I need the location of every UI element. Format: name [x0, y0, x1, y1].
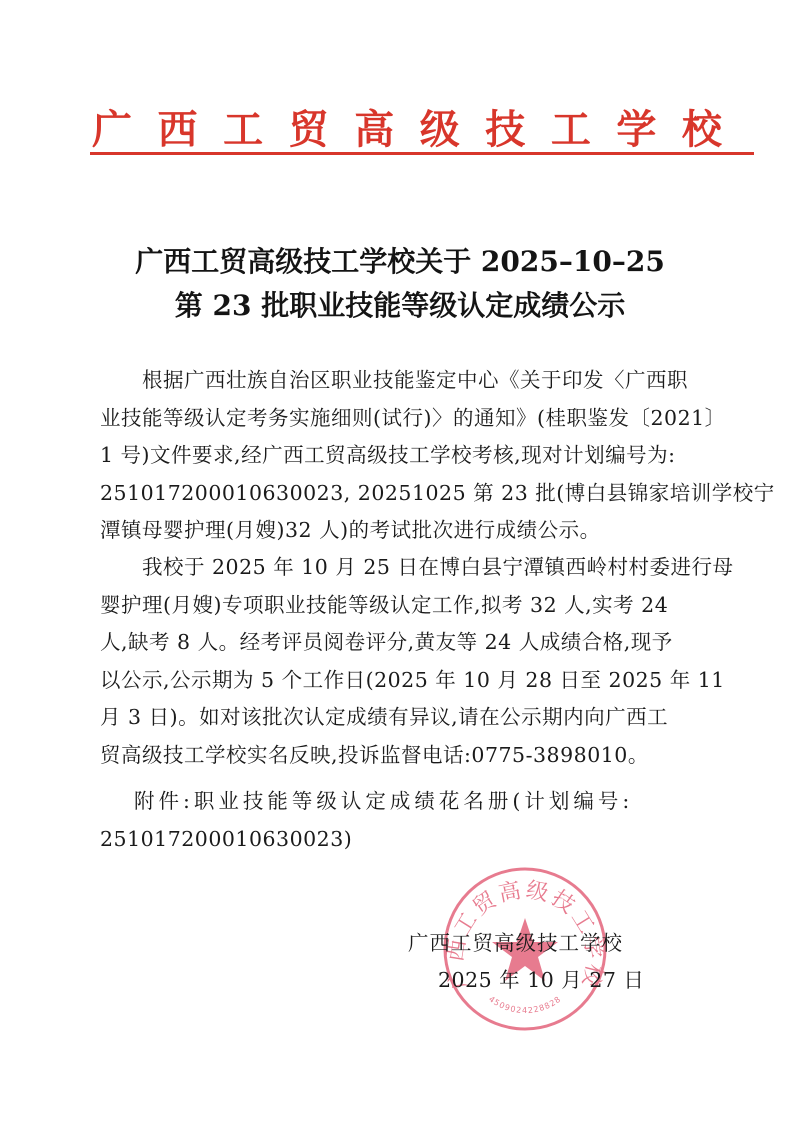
- body-paragraph-1: 根据广西壮族自治区职业技能鉴定中心《关于印发〈广西职 业技能等级认定考务实施细则…: [100, 362, 712, 550]
- seal-serial-number: 4509024228828: [487, 994, 563, 1015]
- text-line: 贸高级技工学校实名反映,投诉监督电话:0775-3898010。: [100, 737, 712, 775]
- svg-text:4509024228828: 4509024228828: [487, 994, 563, 1015]
- text-line: 以公示,公示期为 5 个工作日(2025 年 10 月 28 日至 2025 年…: [100, 662, 712, 700]
- letterhead-char: 学: [616, 98, 656, 155]
- text-line: 251017200010630023, 20251025 第 23 批(博白县锦…: [100, 475, 712, 513]
- text-line: 附件:职业技能等级认定成绩花名册(计划编号:: [100, 783, 712, 821]
- letterhead-char: 技: [485, 98, 525, 155]
- letterhead-char: 工: [551, 98, 591, 155]
- signing-organization: 广西工贸高级技工学校: [408, 926, 623, 956]
- letterhead-char: 西: [158, 98, 198, 155]
- text-line: 业技能等级认定考务实施细则(试行)〉的通知》(桂职鉴发〔2021〕: [100, 400, 712, 438]
- letterhead-char: 贸: [289, 98, 329, 155]
- document-title-line-1: 广西工贸高级技工学校关于 2025–10–25: [0, 240, 800, 284]
- text-line: 婴护理(月嫂)专项职业技能等级认定工作,拟考 32 人,实考 24: [100, 587, 712, 625]
- text-line: 251017200010630023): [100, 821, 712, 859]
- letterhead-divider: [90, 152, 754, 155]
- text-line: 根据广西壮族自治区职业技能鉴定中心《关于印发〈广西职: [100, 362, 712, 400]
- text-line: 人,缺考 8 人。经考评员阅卷评分,黄友等 24 人成绩合格,现予: [100, 624, 712, 662]
- text-line: 潭镇母婴护理(月嫂)32 人)的考试批次进行成绩公示。: [100, 512, 712, 550]
- letterhead-char: 工: [223, 98, 263, 155]
- letterhead-char: 校: [682, 98, 722, 155]
- letterhead-char: 广: [92, 98, 132, 155]
- text-line: 1 号)文件要求,经广西工贸高级技工学校考核,现对计划编号为:: [100, 437, 712, 475]
- signing-date: 2025 年 10 月 27 日: [438, 963, 644, 993]
- document-title-line-2: 第 23 批职业技能等级认定成绩公示: [0, 284, 800, 328]
- attachment-note: 附件:职业技能等级认定成绩花名册(计划编号: 25101720001063002…: [100, 783, 712, 858]
- letterhead-char: 级: [420, 98, 460, 155]
- letterhead-org-name: 广 西 工 贸 高 级 技 工 学 校: [92, 96, 722, 156]
- text-line: 月 3 日)。如对该批次认定成绩有异议,请在公示期内向广西工: [100, 699, 712, 737]
- text-line: 我校于 2025 年 10 月 25 日在博白县宁潭镇西岭村村委进行母: [100, 549, 712, 587]
- body-paragraph-2: 我校于 2025 年 10 月 25 日在博白县宁潭镇西岭村村委进行母 婴护理(…: [100, 549, 712, 774]
- letterhead-char: 高: [354, 98, 394, 155]
